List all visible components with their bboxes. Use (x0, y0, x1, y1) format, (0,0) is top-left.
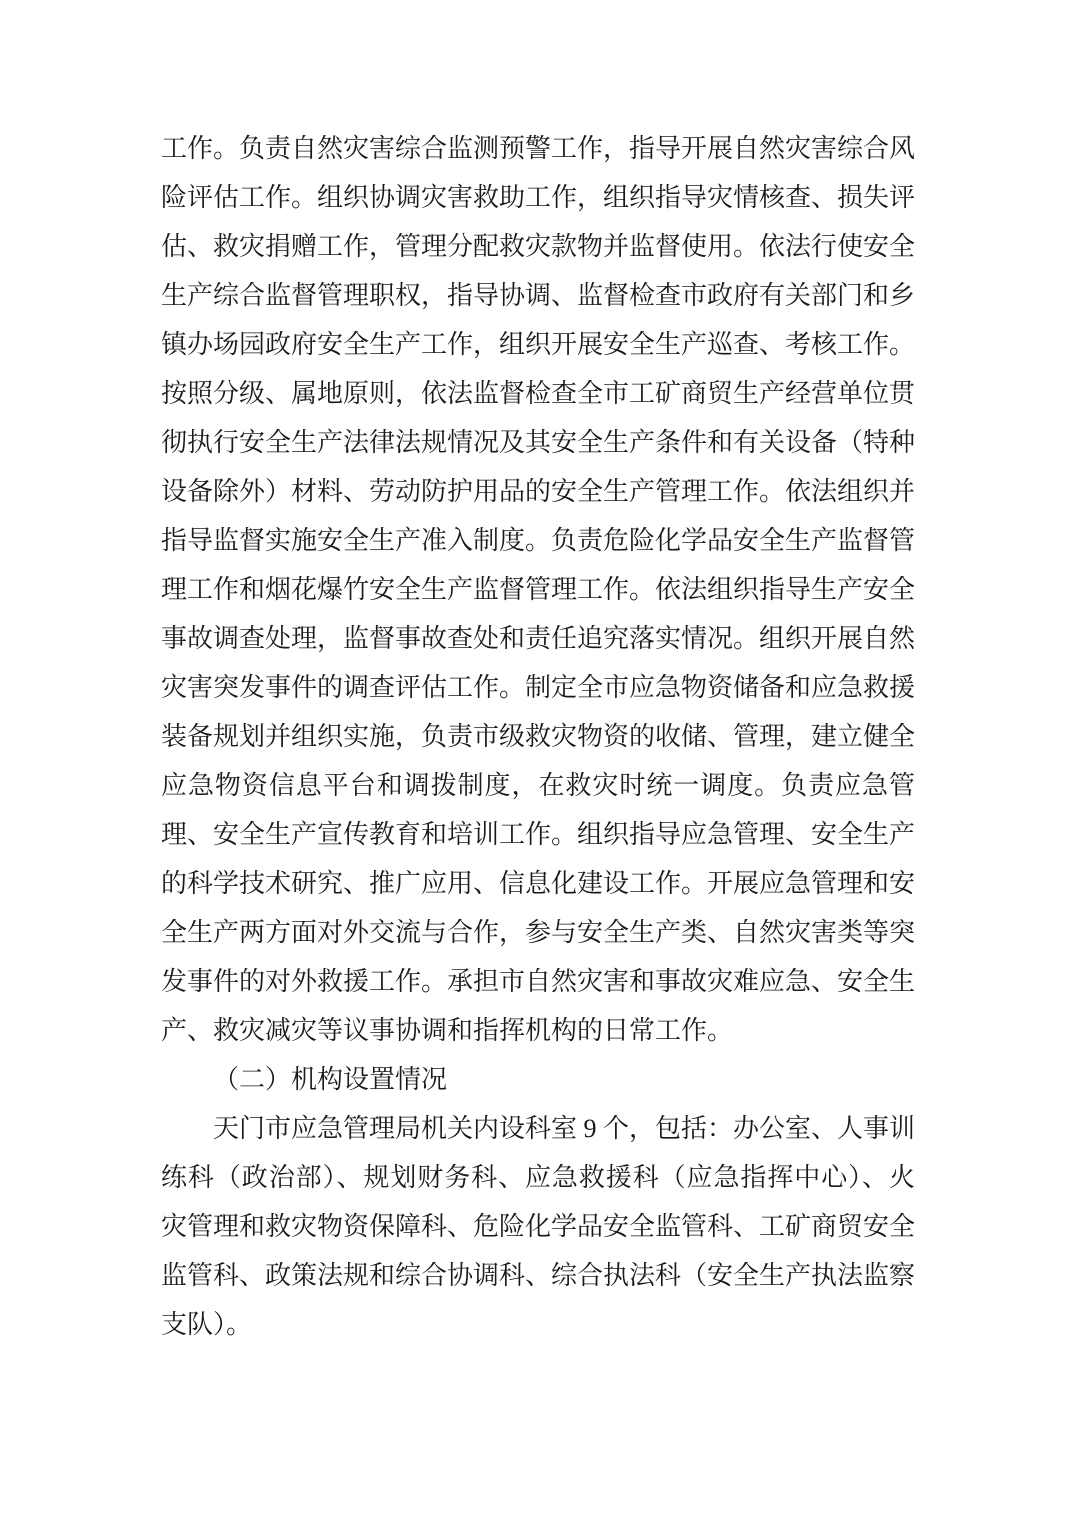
paragraph-section-heading: （二）机构设置情况 (161, 1055, 915, 1104)
text-line: 的科学技术研究、推广应用、信息化建设工作。开展应急管理和安 (161, 859, 915, 908)
document-page: 工作。负责自然灾害综合监测预警工作，指导开展自然灾害综合风险评估工作。组织协调灾… (0, 0, 1074, 1520)
text-line: 估、救灾捐赠工作，管理分配救灾款物并监督使用。依法行使安全 (161, 222, 915, 271)
text-line: 理工作和烟花爆竹安全生产监督管理工作。依法组织指导生产安全 (161, 565, 915, 614)
paragraph-duties-continuation: 工作。负责自然灾害综合监测预警工作，指导开展自然灾害综合风险评估工作。组织协调灾… (161, 124, 915, 1055)
text-line: 灾害突发事件的调查评估工作。制定全市应急物资储备和应急救援 (161, 663, 915, 712)
text-line: 全生产两方面对外交流与合作，参与安全生产类、自然灾害类等突 (161, 908, 915, 957)
text-line: 产、救灾减灾等议事协调和指挥机构的日常工作。 (161, 1006, 915, 1055)
text-line: 镇办场园政府安全生产工作，组织开展安全生产巡查、考核工作。 (161, 320, 915, 369)
text-line: 险评估工作。组织协调灾害救助工作，组织指导灾情核查、损失评 (161, 173, 915, 222)
text-line: 装备规划并组织实施，负责市级救灾物资的收储、管理，建立健全 (161, 712, 915, 761)
text-line: 工作。负责自然灾害综合监测预警工作，指导开展自然灾害综合风 (161, 124, 915, 173)
text-line: 彻执行安全生产法律法规情况及其安全生产条件和有关设备（特种 (161, 418, 915, 467)
document-body: 工作。负责自然灾害综合监测预警工作，指导开展自然灾害综合风险评估工作。组织协调灾… (161, 124, 915, 1349)
text-line: 按照分级、属地原则，依法监督检查全市工矿商贸生产经营单位贯 (161, 369, 915, 418)
text-line: 监管科、政策法规和综合协调科、综合执法科（安全生产执法监察 (161, 1251, 915, 1300)
text-line: （二）机构设置情况 (161, 1055, 915, 1104)
text-line: 灾管理和救灾物资保障科、危险化学品安全监管科、工矿商贸安全 (161, 1202, 915, 1251)
text-line: 理、安全生产宣传教育和培训工作。组织指导应急管理、安全生产 (161, 810, 915, 859)
text-line: 发事件的对外救援工作。承担市自然灾害和事故灾难应急、安全生 (161, 957, 915, 1006)
text-line: 应急物资信息平台和调拨制度，在救灾时统一调度。负责应急管 (161, 761, 915, 810)
text-line: 生产综合监督管理职权，指导协调、监督检查市政府有关部门和乡 (161, 271, 915, 320)
text-line: 练科（政治部）、规划财务科、应急救援科（应急指挥中心）、火 (161, 1153, 915, 1202)
text-line: 天门市应急管理局机关内设科室 9 个，包括：办公室、人事训 (161, 1104, 915, 1153)
text-line: 事故调查处理，监督事故查处和责任追究落实情况。组织开展自然 (161, 614, 915, 663)
text-line: 指导监督实施安全生产准入制度。负责危险化学品安全生产监督管 (161, 516, 915, 565)
text-line: 支队）。 (161, 1300, 915, 1349)
text-line: 设备除外）材料、劳动防护用品的安全生产管理工作。依法组织并 (161, 467, 915, 516)
paragraph-org-structure: 天门市应急管理局机关内设科室 9 个，包括：办公室、人事训练科（政治部）、规划财… (161, 1104, 915, 1349)
